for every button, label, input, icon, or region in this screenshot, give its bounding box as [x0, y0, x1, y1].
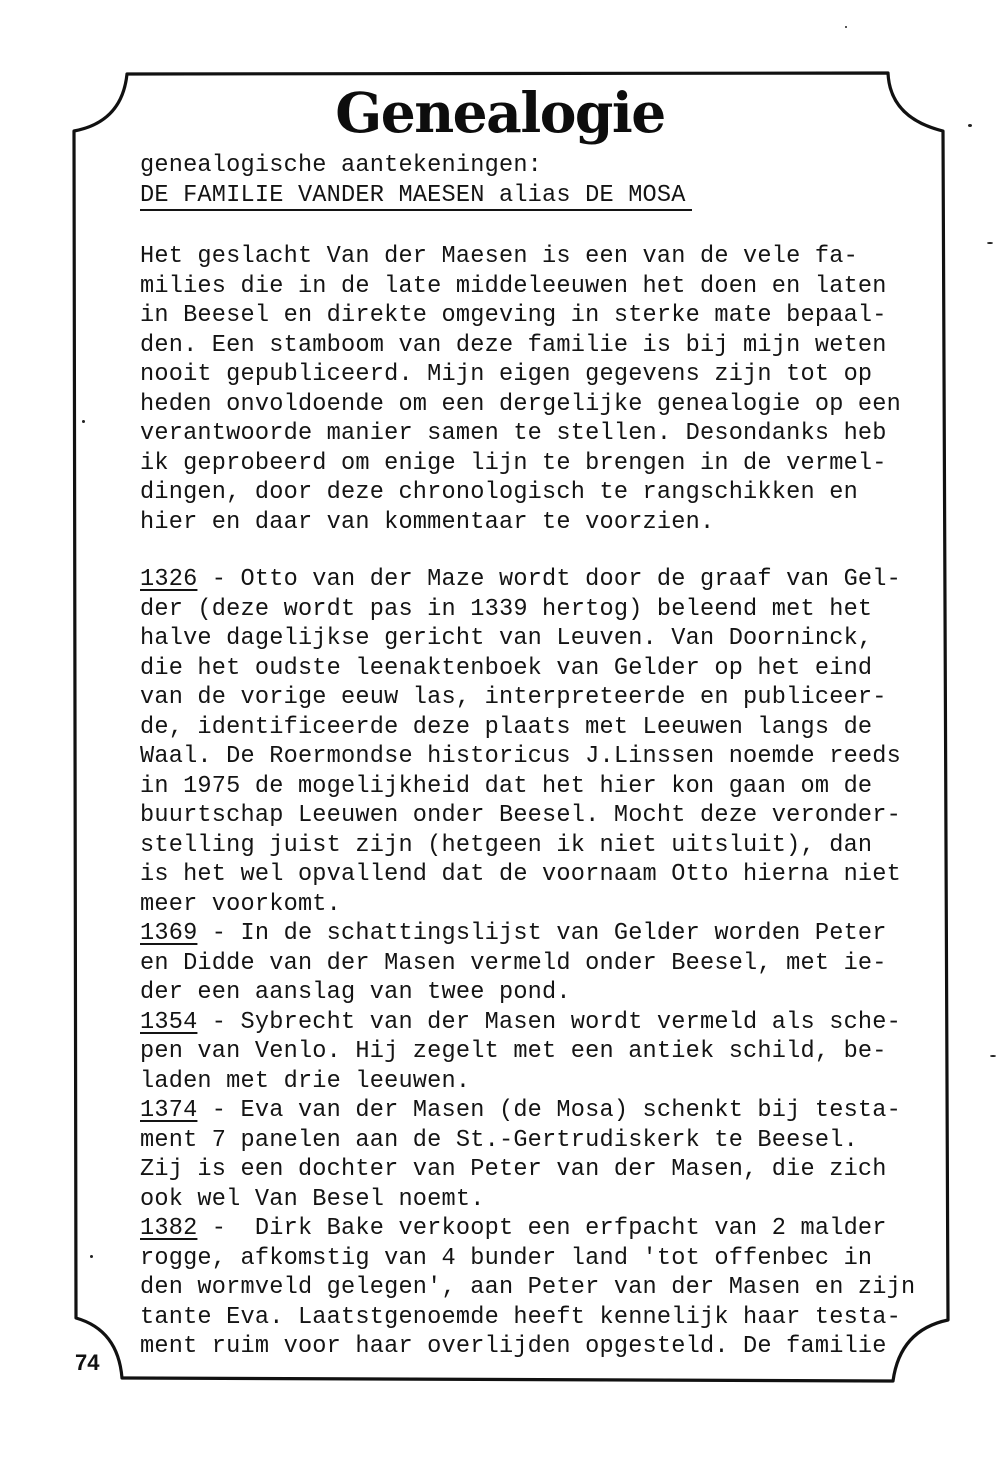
text-line: dingen, door deze chronologisch te rangs… — [140, 478, 901, 508]
text-line: buurtschap Leeuwen onder Beesel. Mocht d… — [140, 801, 915, 831]
chronology-entry: 1326 - Otto van der Maze wordt door de g… — [140, 565, 915, 919]
subtitle: genealogische aantekeningen: — [140, 151, 542, 181]
entry-text: - Dirk Bake verkoopt een erfpacht van 2 … — [197, 1215, 886, 1242]
text-line: verantwoorde manier samen te stellen. De… — [140, 419, 901, 449]
scan-speck — [82, 420, 85, 423]
text-line: tante Eva. Laatstgenoemde heeft kennelij… — [140, 1303, 915, 1333]
text-line: ook wel Van Besel noemt. — [140, 1185, 915, 1215]
chronology-entry: 1369 - In de schattingslijst van Gelder … — [140, 919, 915, 1008]
scan-speck — [845, 26, 847, 28]
entry-year: 1382 — [140, 1215, 197, 1242]
text-line: ment 7 panelen aan de St.-Gertrudiskerk … — [140, 1126, 915, 1156]
heading-underline — [140, 209, 692, 211]
entry-year: 1354 — [140, 1009, 197, 1036]
entry-text: - Eva van der Masen (de Mosa) schenkt bi… — [197, 1097, 901, 1124]
text-line: van de vorige eeuw las, interpreteerde e… — [140, 683, 915, 713]
entry-year: 1326 — [140, 566, 197, 593]
text-line: pen van Venlo. Hij zegelt met een antiek… — [140, 1037, 915, 1067]
text-line: die het oudste leenaktenboek van Gelder … — [140, 654, 915, 684]
text-line: ik geprobeerd om enige lijn te brengen i… — [140, 449, 901, 479]
text-line: heden onvoldoende om een dergelijke gene… — [140, 390, 901, 420]
text-line: 1326 - Otto van der Maze wordt door de g… — [140, 565, 915, 595]
text-line: en Didde van der Masen vermeld onder Bee… — [140, 949, 915, 979]
chronology-entry: 1374 - Eva van der Masen (de Mosa) schen… — [140, 1096, 915, 1214]
text-line: meer voorkomt. — [140, 890, 915, 920]
entry-text: - Otto van der Maze wordt door de graaf … — [197, 566, 901, 593]
text-line: den wormveld gelegen', aan Peter van der… — [140, 1273, 915, 1303]
scan-speck — [968, 124, 972, 127]
text-line: Waal. De Roermondse historicus J.Linssen… — [140, 742, 915, 772]
text-line: Het geslacht Van der Maesen is een van d… — [140, 242, 901, 272]
text-line: den. Een stamboom van deze familie is bi… — [140, 331, 901, 361]
text-line: Zij is een dochter van Peter van der Mas… — [140, 1155, 915, 1185]
chronology-entry: 1382 - Dirk Bake verkoopt een erfpacht v… — [140, 1214, 915, 1362]
chronology-entry: 1354 - Sybrecht van der Masen wordt verm… — [140, 1008, 915, 1097]
text-line: nooit gepubliceerd. Mijn eigen gegevens … — [140, 360, 901, 390]
entry-year: 1369 — [140, 920, 197, 947]
text-line: der (deze wordt pas in 1339 hertog) bele… — [140, 595, 915, 625]
text-line: 1354 - Sybrecht van der Masen wordt verm… — [140, 1008, 915, 1038]
text-line: 1369 - In de schattingslijst van Gelder … — [140, 919, 915, 949]
text-line: laden met drie leeuwen. — [140, 1067, 915, 1097]
entry-text: - In de schattingslijst van Gelder worde… — [197, 920, 886, 947]
intro-paragraph: Het geslacht Van der Maesen is een van d… — [140, 242, 901, 537]
text-line: hier en daar van kommentaar te voorzien. — [140, 508, 901, 538]
text-line: is het wel opvallend dat de voornaam Ott… — [140, 860, 915, 890]
text-line: 1382 - Dirk Bake verkoopt een erfpacht v… — [140, 1214, 915, 1244]
entry-year: 1374 — [140, 1097, 197, 1124]
text-line: in 1975 de mogelijkheid dat het hier kon… — [140, 772, 915, 802]
text-line: stelling juist zijn (hetgeen ik niet uit… — [140, 831, 915, 861]
text-line: in Beesel en direkte omgeving in sterke … — [140, 301, 901, 331]
scan-speck — [90, 1255, 93, 1258]
page-title: Genealogie — [300, 78, 700, 148]
text-line: ment ruim voor haar overlijden opgesteld… — [140, 1332, 915, 1362]
text-line: de, identificeerde deze plaats met Leeuw… — [140, 713, 915, 743]
text-line: milies die in de late middeleeuwen het d… — [140, 272, 901, 302]
article-heading: DE FAMILIE VANDER MAESEN alias DE MOSA — [140, 181, 686, 211]
scan-speck — [987, 242, 993, 244]
text-line: halve dagelijkse gericht van Leuven. Van… — [140, 624, 915, 654]
chronology-entries: 1326 - Otto van der Maze wordt door de g… — [140, 565, 915, 1362]
scan-speck — [990, 1055, 996, 1057]
page-number: 74 — [75, 1350, 99, 1376]
text-line: 1374 - Eva van der Masen (de Mosa) schen… — [140, 1096, 915, 1126]
text-line: der een aanslag van twee pond. — [140, 978, 915, 1008]
text-line: rogge, afkomstig van 4 bunder land 'tot … — [140, 1244, 915, 1274]
entry-text: - Sybrecht van der Masen wordt vermeld a… — [197, 1009, 901, 1036]
